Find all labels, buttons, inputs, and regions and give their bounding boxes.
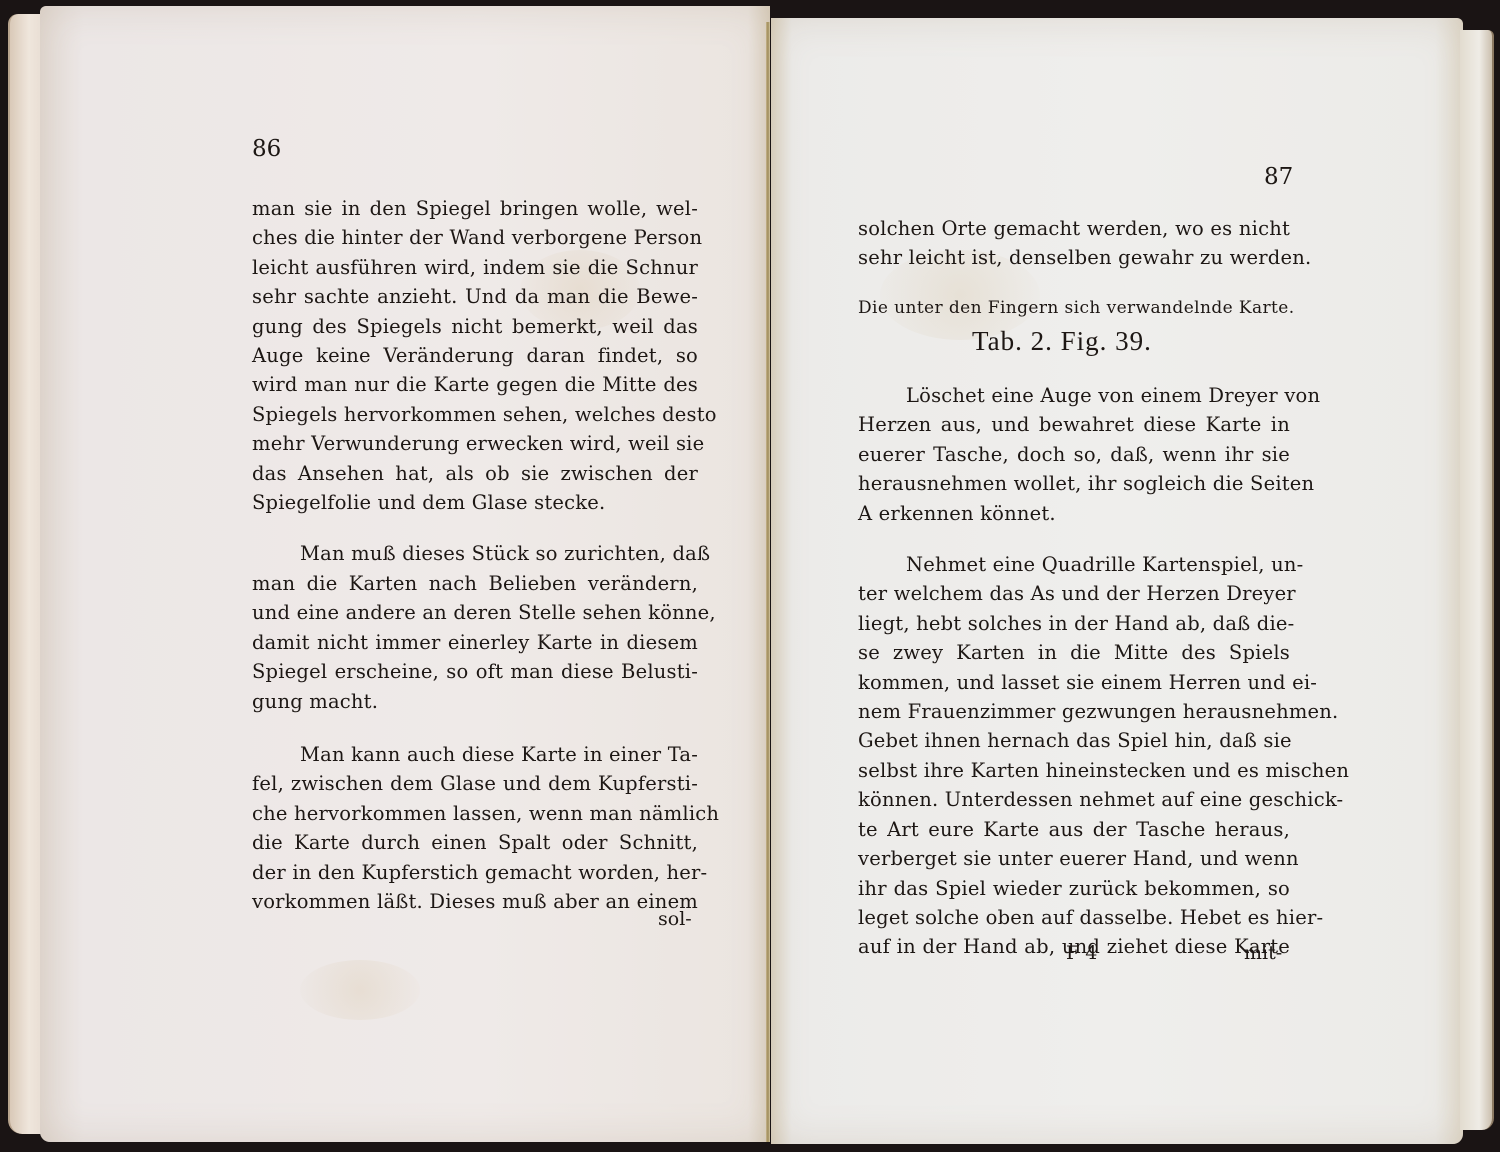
paragraph: Nehmet eine Quadrille Kartenspiel, un- t… bbox=[858, 550, 1290, 962]
text-line: sehr sachte anzieht. Und da man die Bewe… bbox=[252, 282, 698, 311]
text-line: herausnehmen wollet, ihr sogleich die Se… bbox=[858, 469, 1290, 498]
page-number-right: 87 bbox=[1264, 164, 1293, 190]
text-line: se zwey Karten in die Mitte des Spiels bbox=[858, 638, 1290, 667]
text-line: das Ansehen hat, als ob sie zwischen der bbox=[252, 459, 698, 488]
text-line: euerer Tasche, doch so, daß, wenn ihr si… bbox=[858, 440, 1290, 469]
text-line: die Karte durch einen Spalt oder Schnitt… bbox=[252, 828, 698, 857]
text-line: che hervorkommen lassen, wenn man nämlic… bbox=[252, 799, 698, 828]
text-line: Spiegelfolie und dem Glase stecke. bbox=[252, 488, 698, 517]
paragraph: Man kann auch diese Karte in einer Ta- f… bbox=[252, 740, 698, 916]
text-line: sehr leicht ist, denselben gewahr zu wer… bbox=[858, 243, 1290, 272]
catchword-left: sol- bbox=[658, 908, 692, 930]
text-line: damit nicht immer einerley Karte in dies… bbox=[252, 628, 698, 657]
text-line: Man kann auch diese Karte in einer Ta- bbox=[252, 740, 698, 769]
book-spread: 86 man sie in den Spiegel bringen wolle,… bbox=[0, 0, 1500, 1152]
text-line: vorkommen läßt. Dieses muß aber an einem bbox=[252, 887, 698, 916]
text-line: man sie in den Spiegel bringen wolle, we… bbox=[252, 194, 698, 223]
text-line: gung macht. bbox=[252, 687, 698, 716]
text-line: Gebet ihnen hernach das Spiel hin, daß s… bbox=[858, 726, 1290, 755]
book-gutter bbox=[766, 22, 770, 1142]
text-line: leget solche oben auf dasselbe. Hebet es… bbox=[858, 903, 1290, 932]
text-line: Herzen aus, und bewahret diese Karte in bbox=[858, 410, 1290, 439]
text-line: ihr das Spiel wieder zurück bekommen, so bbox=[858, 874, 1290, 903]
section-heading: Die unter den Fingern sich verwandelnde … bbox=[858, 298, 1295, 318]
page-number-left: 86 bbox=[252, 136, 281, 162]
left-page-body: man sie in den Spiegel bringen wolle, we… bbox=[252, 194, 698, 916]
text-line: te Art eure Karte aus der Tasche heraus, bbox=[858, 815, 1290, 844]
catchword-right: mit- bbox=[1244, 942, 1282, 964]
text-line: nem Frauenzimmer gezwungen herausnehmen. bbox=[858, 697, 1290, 726]
text-line: wird man nur die Karte gegen die Mitte d… bbox=[252, 370, 698, 399]
text-line: gung des Spiegels nicht bemerkt, weil da… bbox=[252, 312, 698, 341]
signature-mark: F 4 bbox=[1066, 942, 1097, 964]
text-line: A erkennen könnet. bbox=[858, 499, 1290, 528]
text-line: Spiegel erscheine, so oft man diese Belu… bbox=[252, 657, 698, 686]
right-page-deckled-edge bbox=[1460, 30, 1494, 1130]
text-line: ter welchem das As und der Herzen Dreyer bbox=[858, 579, 1290, 608]
text-line: und eine andere an deren Stelle sehen kö… bbox=[252, 598, 698, 627]
figure-reference: Tab. 2. Fig. 39. bbox=[972, 326, 1152, 357]
text-line: man die Karten nach Belieben verändern, bbox=[252, 569, 698, 598]
paragraph: Löschet eine Auge von einem Dreyer von H… bbox=[858, 381, 1290, 528]
text-line: verberget sie unter euerer Hand, und wen… bbox=[858, 844, 1290, 873]
text-line: ches die hinter der Wand verborgene Pers… bbox=[252, 223, 698, 252]
text-line: solchen Orte gemacht werden, wo es nicht bbox=[858, 214, 1290, 243]
paragraph: Man muß dieses Stück so zurichten, daß m… bbox=[252, 539, 698, 715]
text-line: leicht ausführen wird, indem sie die Sch… bbox=[252, 253, 698, 282]
text-line: selbst ihre Karten hineinstecken und es … bbox=[858, 756, 1290, 785]
text-line: können. Unterdessen nehmet auf eine gesc… bbox=[858, 785, 1290, 814]
text-line: Löschet eine Auge von einem Dreyer von bbox=[858, 381, 1290, 410]
text-line: mehr Verwunderung erwecken wird, weil si… bbox=[252, 429, 698, 458]
text-line: kommen, und lasset sie einem Herren und … bbox=[858, 668, 1290, 697]
right-page-body: Löschet eine Auge von einem Dreyer von H… bbox=[858, 381, 1290, 962]
text-line: liegt, hebt solches in der Hand ab, daß … bbox=[858, 609, 1290, 638]
text-line: Spiegels hervorkommen sehen, welches des… bbox=[252, 400, 698, 429]
paper-stain bbox=[300, 960, 420, 1020]
text-line: Man muß dieses Stück so zurichten, daß bbox=[252, 539, 698, 568]
right-page-continuation: solchen Orte gemacht werden, wo es nicht… bbox=[858, 214, 1290, 273]
text-line: Auge keine Veränderung daran findet, so bbox=[252, 341, 698, 370]
paragraph: man sie in den Spiegel bringen wolle, we… bbox=[252, 194, 698, 517]
text-line: Nehmet eine Quadrille Kartenspiel, un- bbox=[858, 550, 1290, 579]
text-line: fel, zwischen dem Glase und dem Kupferst… bbox=[252, 769, 698, 798]
text-line: der in den Kupferstich gemacht worden, h… bbox=[252, 858, 698, 887]
